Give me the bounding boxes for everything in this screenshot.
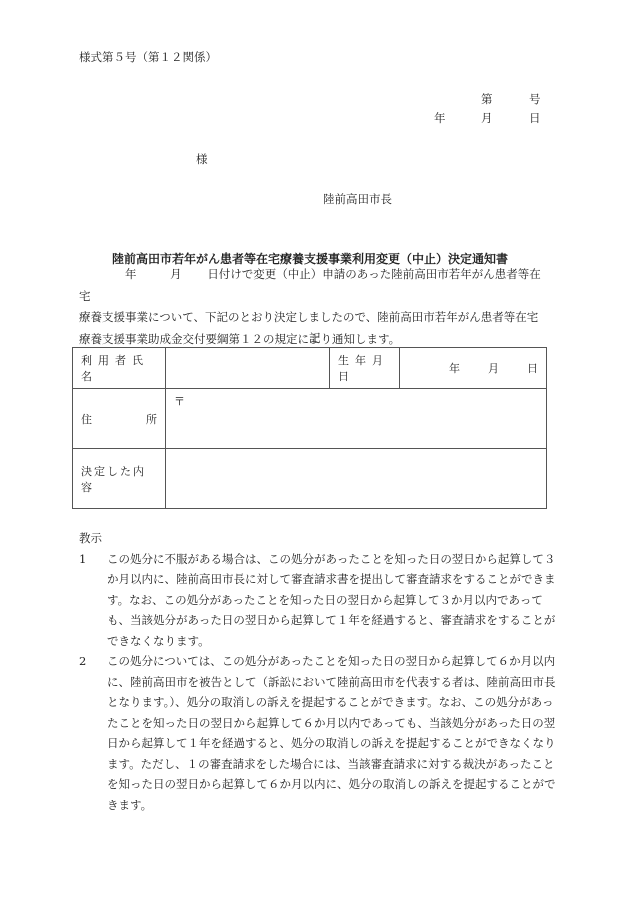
user-name-label: 利用者氏名 bbox=[73, 348, 166, 389]
issuer: 陸前高田市長 bbox=[323, 191, 392, 207]
address-field[interactable]: 〒 bbox=[166, 389, 547, 449]
date-month: 月 bbox=[481, 110, 493, 126]
decision-label: 決定した内容 bbox=[73, 449, 166, 509]
user-name-field[interactable] bbox=[166, 348, 330, 389]
address-label: 住所 bbox=[73, 389, 166, 449]
document-number-suffix: 号 bbox=[529, 91, 541, 107]
instructions-heading: 教示 bbox=[79, 528, 559, 549]
body-month: 月 bbox=[170, 267, 182, 281]
birthdate-field[interactable]: 年 月 日 bbox=[400, 348, 547, 389]
ki-heading: 記 bbox=[309, 330, 321, 346]
birth-month: 月 bbox=[488, 360, 499, 376]
instruction-item: 1 この処分に不服がある場合は、この処分があったことを知った日の翌日から起算して… bbox=[79, 549, 559, 652]
body-line1: 日付けで変更（中止）申請のあった陸前高田市若年がん患者等在宅 bbox=[79, 267, 541, 303]
date-year: 年 bbox=[434, 110, 446, 126]
decision-field[interactable] bbox=[166, 449, 547, 509]
instruction-item: 2 この処分については、この処分があったことを知った日の翌日から起算して６か月以… bbox=[79, 651, 559, 815]
birthdate-label: 生年月日 bbox=[330, 348, 400, 389]
postal-mark: 〒 bbox=[174, 395, 185, 408]
addressee-suffix: 様 bbox=[196, 151, 208, 167]
body-year: 年 bbox=[125, 267, 137, 281]
form-number: 様式第５号（第１２関係） bbox=[79, 49, 217, 65]
body-line2: 療養支援事業について、下記のとおり決定しましたので、陸前高田市若年がん患者等在宅 bbox=[79, 307, 549, 329]
birth-year: 年 bbox=[449, 360, 460, 376]
birth-day: 日 bbox=[527, 360, 538, 376]
date-day: 日 bbox=[529, 110, 541, 126]
record-table: 利用者氏名 生年月日 年 月 日 住所 〒 決定した内容 bbox=[72, 347, 547, 509]
instructions-section: 教示 1 この処分に不服がある場合は、この処分があったことを知った日の翌日から起… bbox=[79, 528, 559, 815]
document-number-prefix: 第 bbox=[481, 91, 493, 107]
